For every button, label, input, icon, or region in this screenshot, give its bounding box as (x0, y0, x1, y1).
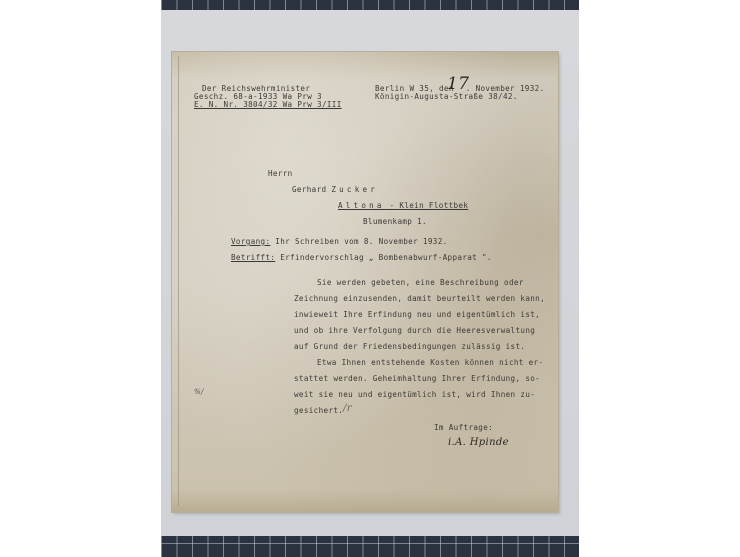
margin-mark-left: %/ (194, 388, 204, 396)
vorgang-line: Vorgang: Ihr Schreiben vom 8. November 1… (231, 238, 448, 246)
body-p1-line-1: Sie werden gebeten, eine Beschreibung od… (317, 279, 524, 287)
handwritten-day: 17 (447, 74, 469, 94)
body-p1-line-3: inwieweit Ihre Erfindung neu und eigentü… (294, 311, 540, 319)
sender-line-3: E. N. Nr. 3804/32 Wa Prw 3/III (194, 101, 342, 109)
recipient-name: Gerhard Zucker (292, 186, 378, 194)
vorgang-label: Vorgang: (231, 237, 270, 246)
body-p2-line-3: weit sie neu und eigentümlich ist, wird … (294, 391, 535, 399)
body-p2-line-2: stattet werden. Geheimhaltung Ihrer Erfi… (294, 375, 540, 383)
place-date-line-2: Königin-Augusta-Straße 38/42. (375, 93, 518, 101)
recipient-street: Blumenkamp 1. (363, 218, 427, 226)
cutting-mat-bottom (161, 536, 579, 557)
body-p2-line-1: Etwa Ihnen entstehende Kosten können nic… (317, 359, 543, 367)
cutting-mat-top (161, 0, 579, 10)
betrifft-line: Betrifft: Erfindervorschlag „ Bombenabwu… (231, 254, 492, 262)
betrifft-text: Erfindervorschlag „ Bombenabwurf-Apparat… (280, 253, 492, 262)
betrifft-label: Betrifft: (231, 253, 275, 262)
paper-fold-line (178, 56, 179, 506)
body-p2-line-4: gesichert. (294, 407, 343, 415)
letter-document: Der Reichswehrminister Geschz. 68-a-1933… (172, 52, 558, 512)
recipient-salutation: Herrn (268, 170, 293, 178)
vorgang-text: Ihr Schreiben vom 8. November 1932. (275, 237, 447, 246)
signature: i.A. Hpinde (448, 437, 509, 448)
margin-mark-initial: /r (343, 403, 352, 414)
closing-phrase: Im Auftrage: (434, 424, 493, 432)
body-p1-line-4: und ob ihre Verfolgung durch die Heeresv… (294, 327, 535, 335)
recipient-city: Altona - Klein Flottbek (338, 202, 468, 210)
body-p1-line-5: auf Grund der Friedensbedingungen zuläss… (294, 343, 525, 351)
body-p1-line-2: Zeichnung einzusenden, damit beurteilt w… (294, 295, 545, 303)
